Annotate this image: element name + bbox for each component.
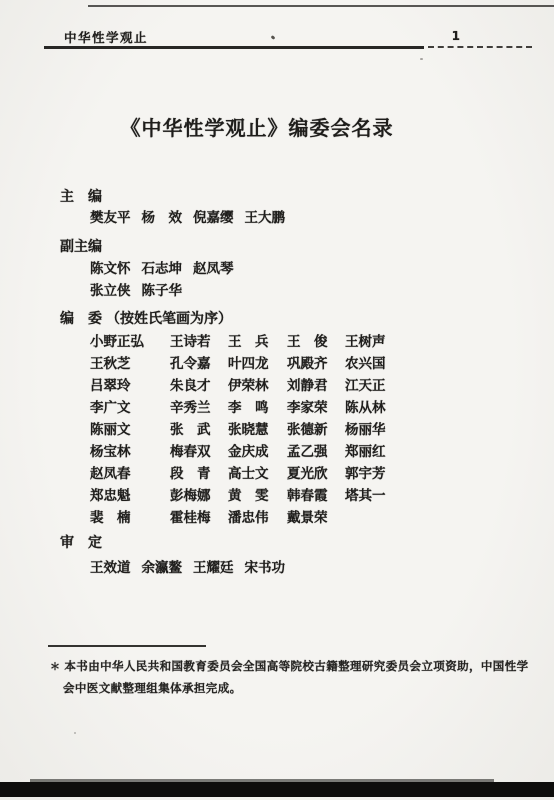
person-name: 孟乙强 xyxy=(287,440,345,460)
section-label-committee: 编 委 （按姓氏笔画为序） xyxy=(60,308,232,328)
person-name: 赵凤春 xyxy=(90,462,170,482)
person-name: 郑忠魁 xyxy=(90,484,170,504)
scan-bottom-edge-artifact xyxy=(0,782,554,797)
committee-row: 王秋芝 孔令嘉 叶四龙 巩殿齐 农兴国 xyxy=(90,352,386,372)
footnote-separator xyxy=(48,645,206,647)
person-name: 石志坤 xyxy=(142,257,183,277)
scan-speck xyxy=(74,732,76,734)
person-name: 辛秀兰 xyxy=(170,396,228,416)
person-name: 王效道 xyxy=(90,556,131,576)
scan-speck xyxy=(271,35,276,40)
person-name: 郑丽红 xyxy=(345,440,386,460)
person-name: 吕翠玲 xyxy=(90,374,170,394)
committee-label: 编 委 xyxy=(60,308,102,328)
person-name: 段 青 xyxy=(170,462,228,482)
person-name: 塔其一 xyxy=(345,484,386,504)
person-name: 裴 楠 xyxy=(90,506,170,526)
person-name: 宋书功 xyxy=(245,556,286,576)
person-name: 李家荣 xyxy=(287,396,345,416)
person-name: 陈文怀 xyxy=(90,257,131,277)
page-number: 1 xyxy=(452,29,460,43)
header-rule xyxy=(44,46,424,49)
person-name: 叶四龙 xyxy=(228,352,287,372)
chief-editor-names: 樊友平 杨 效 倪嘉缨 王大鹏 xyxy=(90,206,285,226)
person-name: 朱良才 xyxy=(170,374,228,394)
person-name: 王 兵 xyxy=(228,330,287,350)
person-name: 王秋芝 xyxy=(90,352,170,372)
person-name: 张立侠 xyxy=(90,279,131,299)
person-name: 农兴国 xyxy=(345,352,386,372)
person-name: 陈从林 xyxy=(345,396,386,416)
person-name: 韩春霞 xyxy=(287,484,345,504)
committee-row: 赵凤春 段 青 高士文 夏光欣 郭宇芳 xyxy=(90,462,386,482)
person-name: 李广文 xyxy=(90,396,170,416)
person-name: 李 鸣 xyxy=(228,396,287,416)
header-rule-dashes xyxy=(428,46,532,48)
person-name: 张德新 xyxy=(287,418,345,438)
person-name: 倪嘉缨 xyxy=(193,206,234,226)
person-name: 梅春双 xyxy=(170,440,228,460)
person-name: 高士文 xyxy=(228,462,287,482)
person-name: 赵凤琴 xyxy=(193,257,234,277)
person-name: 黄 雯 xyxy=(228,484,287,504)
person-name: 余瀛鳌 xyxy=(142,556,183,576)
person-name: 潘忠伟 xyxy=(228,506,287,526)
person-name: 夏光欣 xyxy=(287,462,345,482)
scanned-page: 中华性学观止 1 《中华性学观止》编委会名录 主 编 樊友平 杨 效 倪嘉缨 王… xyxy=(0,0,554,800)
person-name: 王诗若 xyxy=(170,330,228,350)
running-title: 中华性学观止 xyxy=(64,28,148,46)
person-name: 霍桂梅 xyxy=(170,506,228,526)
person-name: 伊荣林 xyxy=(228,374,287,394)
committee-row: 陈丽文 张 武 张晓慧 张德新 杨丽华 xyxy=(90,418,386,438)
person-name: 彭梅娜 xyxy=(170,484,228,504)
person-name: 王树声 xyxy=(345,330,386,350)
committee-row: 李广文 辛秀兰 李 鸣 李家荣 陈从林 xyxy=(90,396,386,416)
scan-top-edge-artifact xyxy=(88,5,554,7)
person-name: 江天正 xyxy=(345,374,386,394)
person-name: 陈子华 xyxy=(142,279,183,299)
page-title: 《中华性学观止》编委会名录 xyxy=(0,112,514,141)
person-name: 小野正弘 xyxy=(90,330,170,350)
person-name: 张晓慧 xyxy=(228,418,287,438)
person-name: 巩殿齐 xyxy=(287,352,345,372)
committee-order-note: （按姓氏笔画为序） xyxy=(106,308,232,328)
committee-row: 郑忠魁 彭梅娜 黄 雯 韩春霞 塔其一 xyxy=(90,484,386,504)
person-name: 郭宇芳 xyxy=(345,462,386,482)
person-name: 张 武 xyxy=(170,418,228,438)
person-name: 杨宝林 xyxy=(90,440,170,460)
person-name: 王耀廷 xyxy=(193,556,234,576)
footnote-text: 本书由中华人民共和国教育委员会全国高等院校古籍整理研究委员会立项资助，中国性学会… xyxy=(63,659,529,695)
person-name: 杨 效 xyxy=(142,206,183,226)
reviewer-names: 王效道 余瀛鳌 王耀廷 宋书功 xyxy=(90,556,285,576)
person-name: 金庆成 xyxy=(228,440,287,460)
footnote-marker: ＊ xyxy=(50,662,60,673)
person-name: 樊友平 xyxy=(90,206,131,226)
person-name: 王 俊 xyxy=(287,330,345,350)
section-label-deputy-editor: 副主编 xyxy=(60,236,102,256)
committee-row: 杨宝林 梅春双 金庆成 孟乙强 郑丽红 xyxy=(90,440,386,460)
deputy-editor-row: 张立侠 陈子华 xyxy=(90,279,182,299)
section-label-reviewers: 审 定 xyxy=(60,532,102,552)
committee-row: 小野正弘 王诗若 王 兵 王 俊 王树声 xyxy=(90,330,386,350)
committee-row: 吕翠玲 朱良才 伊荣林 刘静君 江天正 xyxy=(90,374,386,394)
deputy-editor-row: 陈文怀 石志坤 赵凤琴 xyxy=(90,257,234,277)
person-name: 孔令嘉 xyxy=(170,352,228,372)
committee-row: 裴 楠 霍桂梅 潘忠伟 戴景荣 xyxy=(90,506,345,526)
scan-speck xyxy=(420,58,423,60)
person-name: 戴景荣 xyxy=(287,506,345,526)
person-name: 王大鹏 xyxy=(245,206,286,226)
section-label-chief-editor: 主 编 xyxy=(60,186,102,206)
person-name: 陈丽文 xyxy=(90,418,170,438)
person-name: 刘静君 xyxy=(287,374,345,394)
person-name: 杨丽华 xyxy=(345,418,386,438)
footnote: ＊本书由中华人民共和国教育委员会全国高等院校古籍整理研究委员会立项资助，中国性学… xyxy=(50,656,531,699)
